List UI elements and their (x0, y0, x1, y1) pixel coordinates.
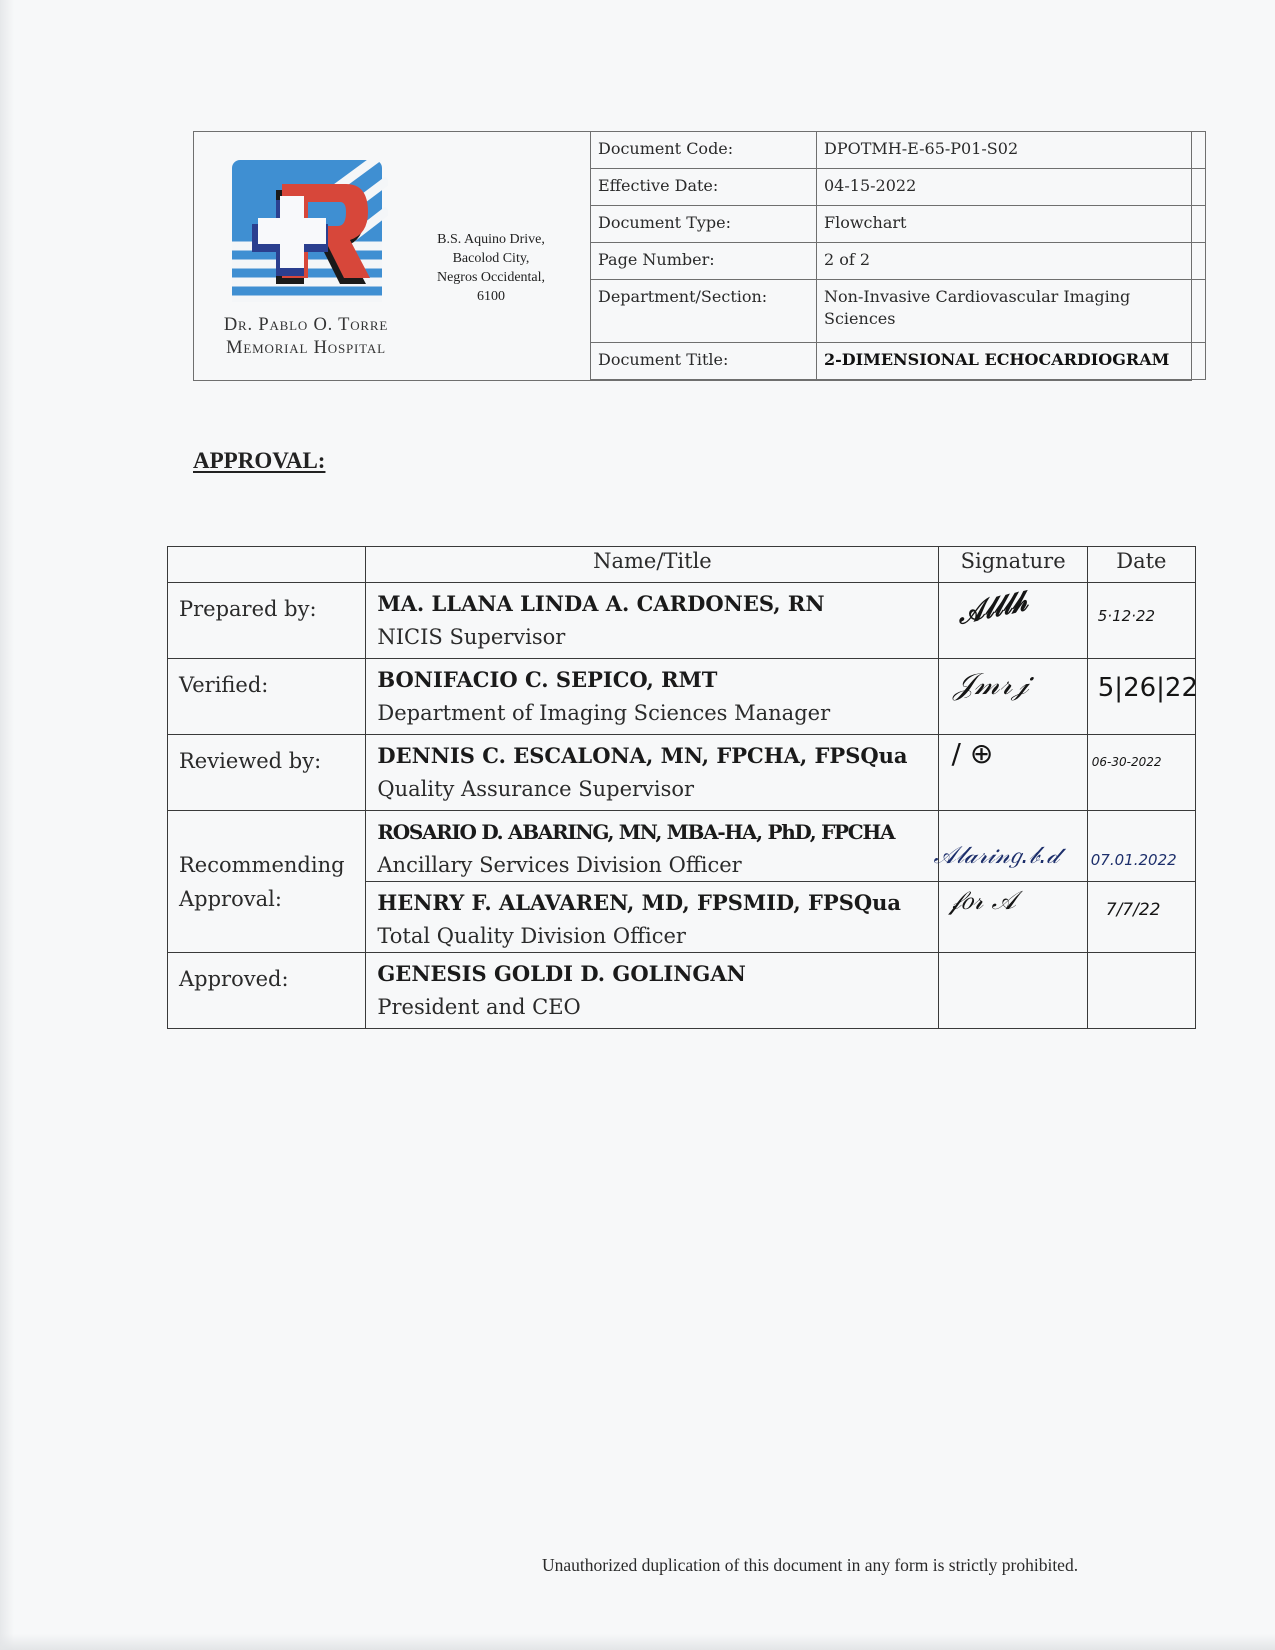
table-row: Approved: GENESIS GOLDI D. GOLINGAN Pres… (168, 953, 1196, 1029)
meta-label: Page Number: (591, 243, 817, 280)
handwritten-date: 7/7/22 (1106, 900, 1161, 920)
person-name: DENNIS C. ESCALONA, MN, FPCHA, FPSQua (377, 739, 930, 773)
signature-cell: 𝒜𝓁𝒶𝓇𝒾𝓃𝑔.𝒷.𝒹 (939, 811, 1087, 882)
approval-heading: APPROVAL: (193, 448, 325, 474)
date-cell-empty (1087, 953, 1195, 1029)
approval-table: Name/Title Signature Date Prepared by: M… (167, 546, 1196, 1029)
scan-edge-shadow (0, 0, 14, 1650)
signature-cell: 𝒻𝑜𝓇 𝒜 (939, 882, 1087, 953)
handwritten-date: 07.01.2022 (1091, 851, 1177, 869)
role-label: Prepared by: (168, 583, 366, 659)
meta-row-document-title: Document Title: 2-DIMENSIONAL ECHOCARDIO… (591, 343, 1206, 380)
hospital-identity: Dr. Pablo O. Torre Memorial Hospital B.S… (194, 132, 591, 380)
name-title-cell: ROSARIO D. ABARING, MN, MBA-HA, PhD, FPC… (366, 811, 939, 882)
person-title: President and CEO (377, 991, 930, 1023)
meta-label: Document Code: (591, 132, 817, 169)
person-name: MA. LLANA LINDA A. CARDONES, RN (377, 587, 930, 621)
meta-value: Flowchart (817, 206, 1206, 243)
scan-bottom-shadow (0, 1634, 1275, 1650)
role-label-text: Recommending Approval: (179, 853, 345, 911)
hospital-name-line2: Memorial Hospital (206, 337, 406, 360)
date-cell: 7/7/22 (1087, 882, 1195, 953)
person-name: HENRY F. ALAVAREN, MD, FPSMID, FPSQua (377, 886, 930, 920)
table-row: Verified: BONIFACIO C. SEPICO, RMT Depar… (168, 659, 1196, 735)
date-cell: 07.01.2022 (1087, 811, 1195, 882)
handwritten-signature: 𝒜𝓁𝒶𝓇𝒾𝓃𝑔.𝒷.𝒹 (933, 841, 1058, 869)
column-header-signature: Signature (939, 547, 1087, 583)
hospital-address: B.S. Aquino Drive, Bacolod City, Negros … (416, 230, 566, 306)
name-title-cell: BONIFACIO C. SEPICO, RMT Department of I… (366, 659, 939, 735)
address-line: B.S. Aquino Drive, (416, 230, 566, 249)
meta-label: Department/Section: (591, 280, 817, 343)
person-name: GENESIS GOLDI D. GOLINGAN (377, 957, 930, 991)
table-row: Prepared by: MA. LLANA LINDA A. CARDONES… (168, 583, 1196, 659)
document-title: 2-DIMENSIONAL ECHOCARDIOGRAM (817, 343, 1206, 380)
handwritten-signature: 𝒥𝓂𝓇𝒿 (953, 667, 1028, 702)
address-line: Negros Occidental, (416, 268, 566, 287)
name-title-cell: MA. LLANA LINDA A. CARDONES, RN NICIS Su… (366, 583, 939, 659)
signature-cell: / ⊕ (939, 735, 1087, 811)
meta-row-department: Department/Section: Non-Invasive Cardiov… (591, 280, 1206, 343)
footer-notice: Unauthorized duplication of this documen… (542, 1555, 1078, 1576)
meta-value: 2 of 2 (817, 243, 1206, 280)
meta-row-document-code: Document Code: DPOTMH-E-65-P01-S02 (591, 132, 1206, 169)
person-title: Total Quality Division Officer (377, 920, 930, 952)
name-title-cell: GENESIS GOLDI D. GOLINGAN President and … (366, 953, 939, 1029)
hospital-cross-r-logo-icon (232, 160, 388, 312)
person-title: Quality Assurance Supervisor (377, 773, 930, 805)
date-cell: 5|26|22 (1087, 659, 1195, 735)
role-label: Recommending Approval: (168, 811, 366, 953)
table-row: Recommending Approval: ROSARIO D. ABARIN… (168, 811, 1196, 882)
name-title-cell: HENRY F. ALAVAREN, MD, FPSMID, FPSQua To… (366, 882, 939, 953)
signature-cell-empty (939, 953, 1087, 1029)
meta-value: DPOTMH-E-65-P01-S02 (817, 132, 1206, 169)
hospital-name: Dr. Pablo O. Torre Memorial Hospital (206, 314, 406, 360)
name-title-cell: DENNIS C. ESCALONA, MN, FPCHA, FPSQua Qu… (366, 735, 939, 811)
signature-cell: 𝒥𝓂𝓇𝒿 (939, 659, 1087, 735)
date-cell: 5·12·22 (1087, 583, 1195, 659)
meta-label: Document Type: (591, 206, 817, 243)
date-cell: 06-30-2022 (1087, 735, 1195, 811)
column-header-date: Date (1087, 547, 1195, 583)
handwritten-signature: / ⊕ (951, 737, 993, 770)
meta-value: 04-15-2022 (817, 169, 1206, 206)
role-label: Approved: (168, 953, 366, 1029)
hospital-name-line1: Dr. Pablo O. Torre (206, 314, 406, 337)
handwritten-signature: 𝒻𝑜𝓇 𝒜 (949, 886, 1016, 917)
meta-row-page-number: Page Number: 2 of 2 (591, 243, 1206, 280)
meta-label: Effective Date: (591, 169, 817, 206)
table-row: Reviewed by: DENNIS C. ESCALONA, MN, FPC… (168, 735, 1196, 811)
meta-row-effective-date: Effective Date: 04-15-2022 (591, 169, 1206, 206)
handwritten-date: 06-30-2022 (1092, 755, 1162, 769)
person-name: BONIFACIO C. SEPICO, RMT (377, 663, 930, 697)
person-title: Department of Imaging Sciences Manager (377, 697, 930, 729)
column-header-name-title: Name/Title (366, 547, 939, 583)
role-label: Reviewed by: (168, 735, 366, 811)
address-line: Bacolod City, (416, 249, 566, 268)
person-title: Ancillary Services Division Officer (377, 849, 930, 881)
address-line: 6100 (416, 287, 566, 306)
meta-value: Non-Invasive Cardiovascular Imaging Scie… (817, 280, 1206, 343)
person-name: ROSARIO D. ABARING, MN, MBA-HA, PhD, FPC… (377, 815, 930, 849)
handwritten-date: 5|26|22 (1098, 673, 1198, 703)
document-meta-table: Document Code: DPOTMH-E-65-P01-S02 Effec… (590, 131, 1206, 380)
document-header: Dr. Pablo O. Torre Memorial Hospital B.S… (193, 131, 1192, 381)
role-label: Verified: (168, 659, 366, 735)
column-header-role (168, 547, 366, 583)
approval-header-row: Name/Title Signature Date (168, 547, 1196, 583)
handwritten-date: 5·12·22 (1098, 607, 1155, 625)
signature-cell: 𝒜𝓁𝓁𝓁𝒽 (939, 583, 1087, 659)
person-title: NICIS Supervisor (377, 621, 930, 653)
handwritten-signature: 𝒜𝓁𝓁𝓁𝒽 (955, 584, 1031, 632)
meta-row-document-type: Document Type: Flowchart (591, 206, 1206, 243)
meta-label: Document Title: (591, 343, 817, 380)
